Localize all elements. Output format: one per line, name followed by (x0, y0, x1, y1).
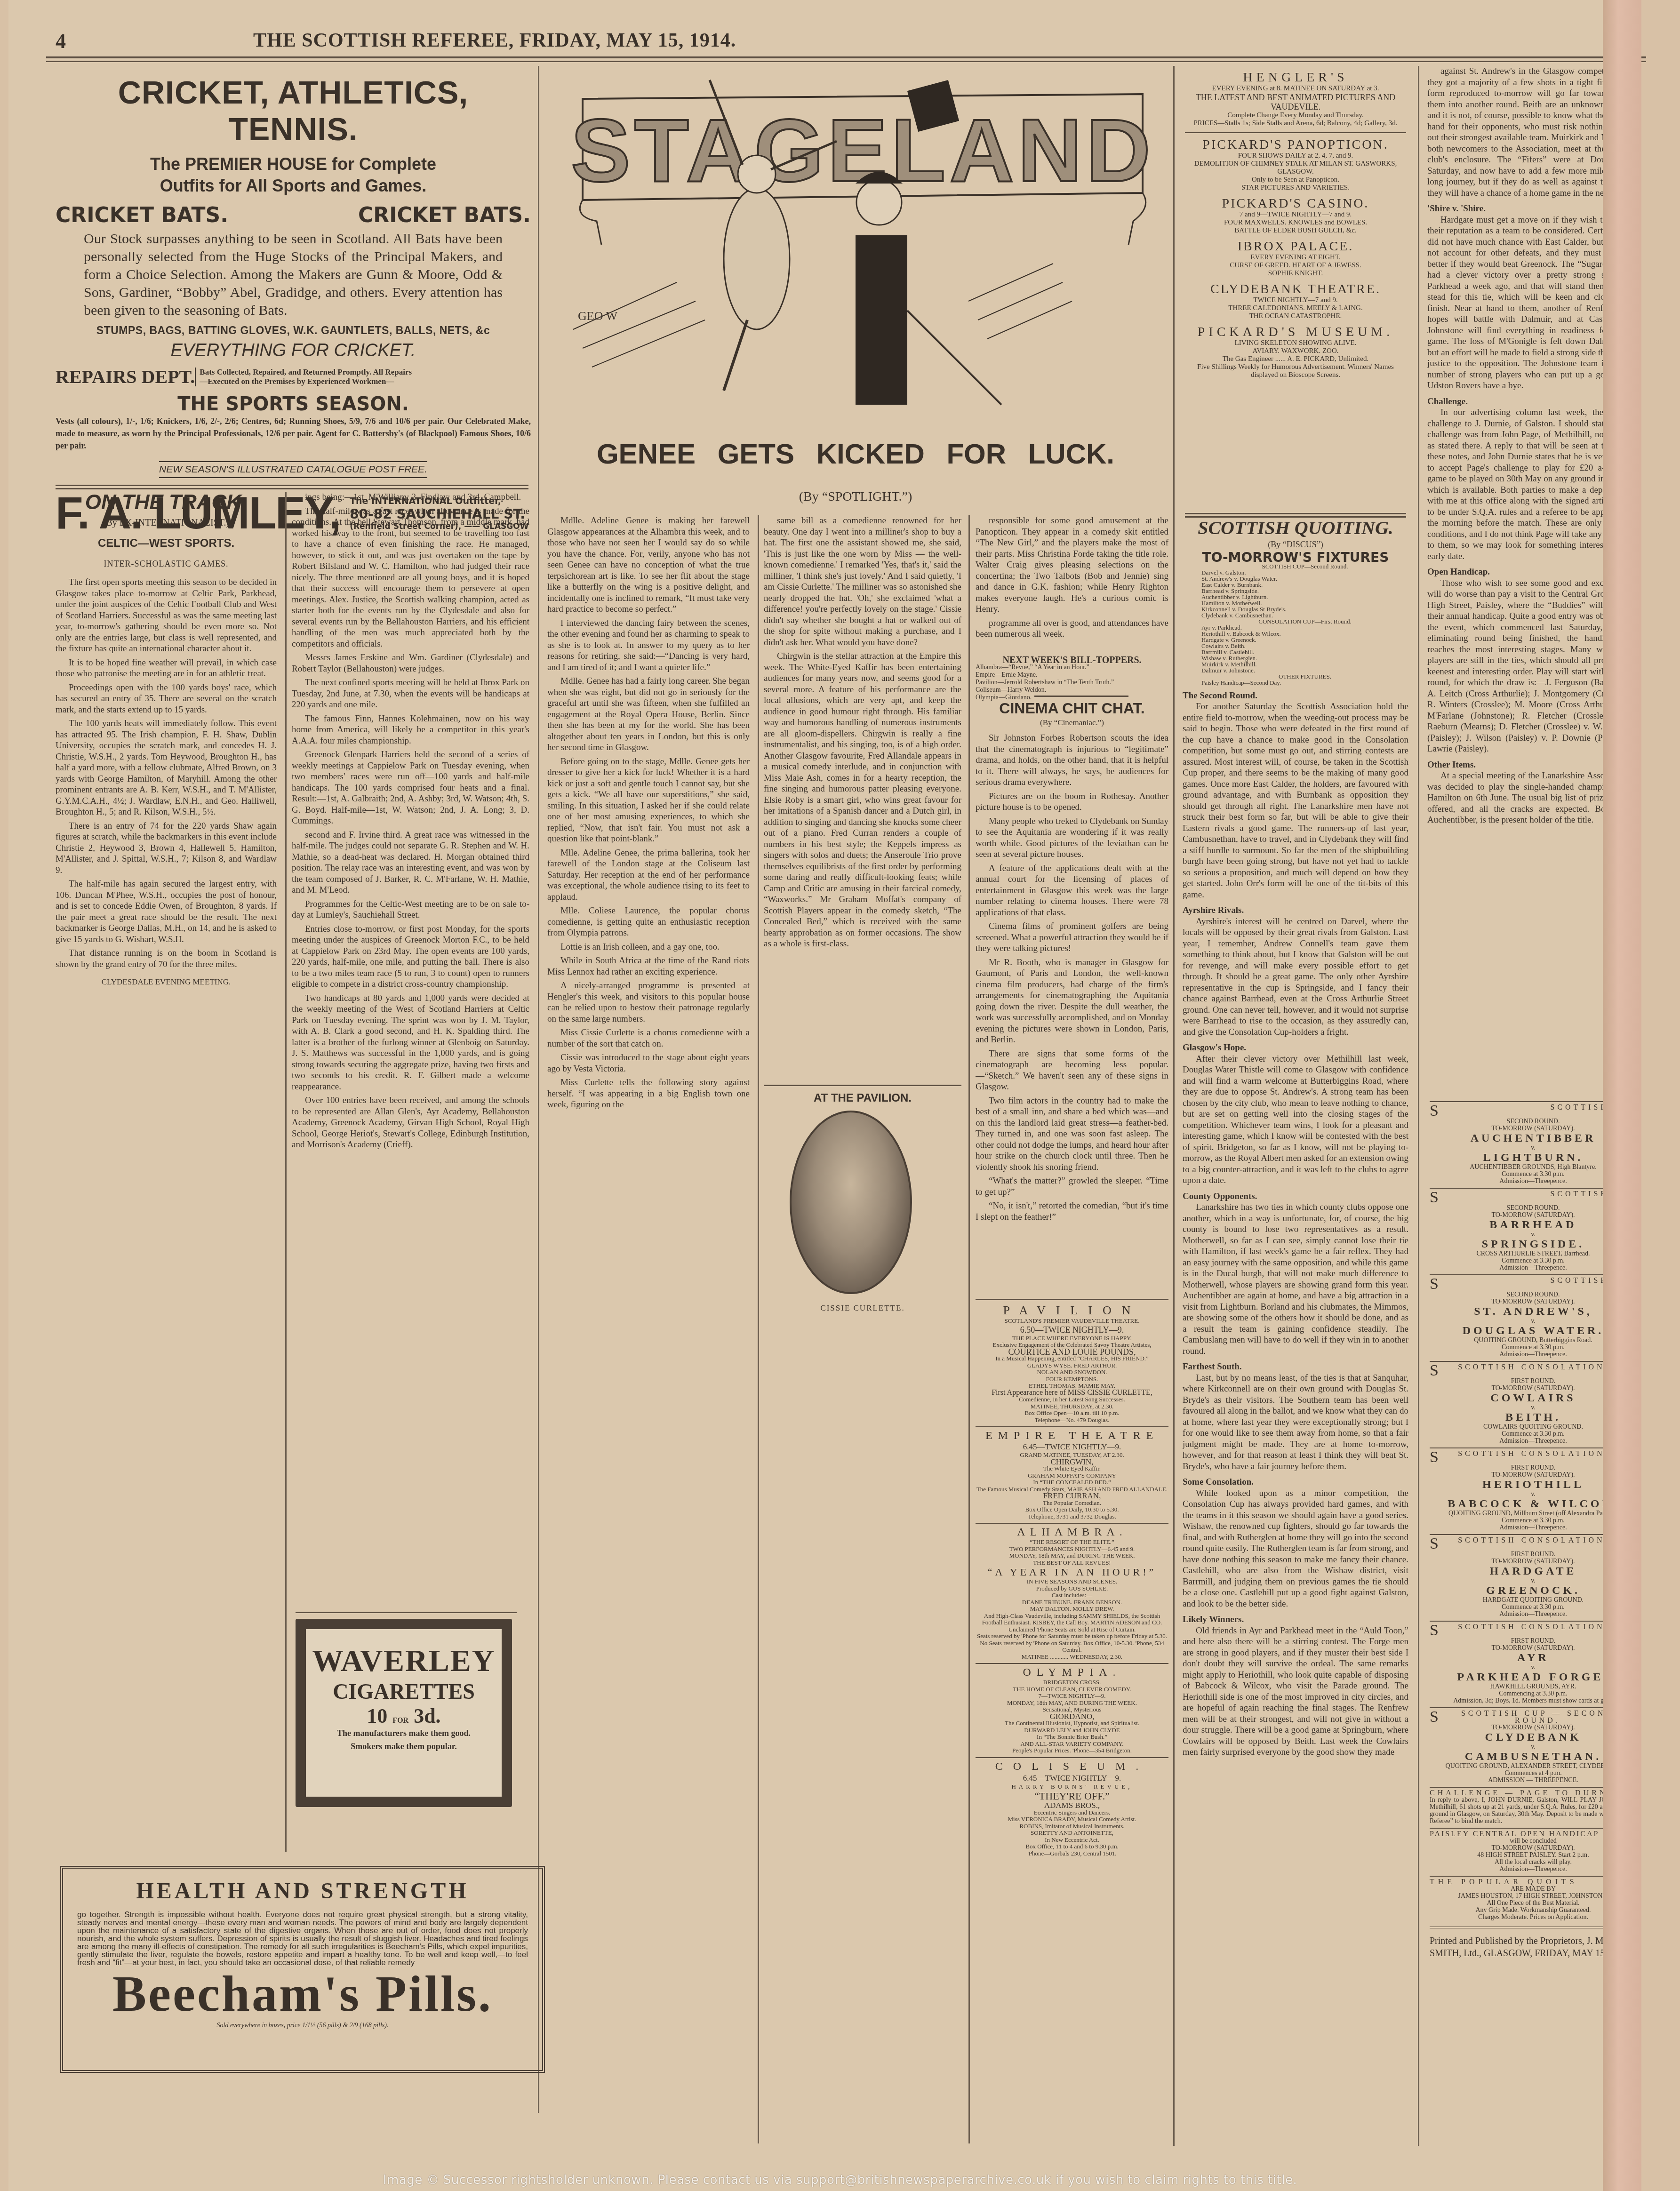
bill-toppers-heading: NEXT WEEK'S BILL-TOPPERS. (976, 656, 1168, 664)
ad-line: Telephone—No. 479 Douglas. (976, 1417, 1168, 1424)
section-rule (296, 1612, 517, 1613)
column-rule (1173, 66, 1175, 2146)
paragraph: Mdlle. Genee has had a fairly long caree… (547, 676, 750, 753)
ad-line: Produced by GUS SOHLKE. (976, 1585, 1168, 1592)
svg-text:GEO W: GEO W (578, 309, 617, 323)
ad-line: PRICES—Stalls 1s; Side Stalls and Arena,… (1185, 120, 1406, 128)
fixture: Heriothill v. Babcock & Wilcox. (1201, 631, 1408, 637)
paragraph: second and F. Irvine third. A great race… (292, 830, 529, 896)
fixture: Cowlairs v. Beith. (1201, 643, 1408, 649)
paragraph: Cissie was introduced to the stage about… (547, 1052, 750, 1074)
stageland-column-1: Mdlle. Adeline Genee is making her farew… (547, 515, 750, 2143)
paragraph: Lottie is an Irish colleen, and a gay on… (547, 942, 750, 953)
paragraph: Greenock Glenpark Harriers held the seco… (292, 749, 529, 827)
ad-line: FOUR KEMPTONS. (976, 1376, 1168, 1383)
paragraph: Last, but by no means least, of the ties… (1183, 1373, 1408, 1472)
paragraph: Mlle. Coliese Laurence, the popular chor… (547, 905, 750, 939)
ad-line: STAR PICTURES AND VARIETIES. (1185, 184, 1406, 192)
paragraph: Miss Curlette tells the following story … (547, 1077, 750, 1111)
ad-line: Miss VERONICA BRADY, Musical Comedy Arti… (976, 1816, 1168, 1823)
lower-theatre-ads: PAVILION SCOTLAND'S PREMIER VAUDEVILLE T… (976, 1303, 1168, 2151)
cinema-headline: CINEMA CHIT CHAT. (976, 703, 1168, 714)
ibrox-title: IBROX PALACE. (1185, 240, 1406, 254)
fixture: East Calder v. Burnbank. (1201, 582, 1408, 588)
ad-line: Comedienne, in her Latest Song Successes… (976, 1396, 1168, 1403)
paragraph: That distance running is on the boom in … (56, 948, 277, 970)
section-title: Likely Winners. (1183, 1614, 1408, 1625)
ad-line: BRIDGETON CROSS. (976, 1679, 1168, 1686)
pavilion-heading: AT THE PAVILION. (764, 1092, 961, 1105)
section-rule (764, 1085, 961, 1086)
quoiting-headline: SCOTTISH QUOITING. (1183, 522, 1408, 534)
ad-line: FOUR SHOWS DAILY at 2, 4, 7, and 9. (1185, 152, 1406, 160)
ad-line: GLADYS WYSE. FRED ARTHUR. (976, 1362, 1168, 1369)
ad-line: Box Office Open Daily, 10.30 to 5.30. (976, 1506, 1168, 1513)
ad-subhead: Outfits for All Sports and Games. (56, 175, 531, 197)
track-column-1: ON THE TRACK. (By EX-INTERNATIONALIST.) … (56, 494, 277, 1849)
equipment-line: STUMPS, BAGS, BATTING GLOVES, W.K. GAUNT… (56, 324, 531, 337)
bill-topper-item: Pavilion—Jerrold Robertshaw in “The Tent… (976, 679, 1168, 687)
section-title: Some Consolation. (1183, 1477, 1408, 1488)
ad-line: CURSE OF GREED. HEART OF A JEWESS. (1185, 262, 1406, 270)
paragraph: Many people who treked to Clydebank on S… (976, 816, 1168, 860)
ad-line: DURWARD LELY and JOHN CLYDE (976, 1727, 1168, 1734)
ad-headline: CRICKET, ATHLETICS, TENNIS. (56, 74, 531, 148)
paragraph: Programmes for the Celtic-West meeting a… (292, 899, 529, 921)
houston-header: THE POPULAR QUOITS (1430, 1879, 1578, 1886)
ad-line: IN FIVE SEASONS AND SCENES. (976, 1578, 1168, 1585)
ad-subhead: The PREMIER HOUSE for Complete (56, 153, 531, 175)
ad-line: 'Phone—Gorbals 230, Central 1501. (976, 1850, 1168, 1857)
paragraph: Ayrshire's interest will be centred on D… (1183, 916, 1408, 1038)
paragraph: The next confined sports meeting will be… (292, 677, 529, 711)
ad-line: THE OCEAN CATASTROPHE. (1185, 312, 1406, 320)
clydesdale-heading: CLYDESDALE EVENING MEETING. (56, 976, 277, 988)
waverley-brand: WAVERLEY (306, 1643, 502, 1679)
ad-line: 6.45—TWICE NIGHTLY—9. (976, 1442, 1168, 1452)
track-section: CELTIC—WEST SPORTS. (56, 538, 277, 549)
lumley-advertisement: CRICKET, ATHLETICS, TENNIS. The PREMIER … (56, 71, 531, 480)
ad-line: Telephone, 3731 and 3732 Douglas. (976, 1513, 1168, 1520)
genee-headline: GENEE GETS KICKED FOR LUCK. (554, 438, 1157, 470)
beecham-headline: HEALTH AND STRENGTH (77, 1878, 528, 1904)
paragraph: Messrs James Erskine and Wm. Gardiner (C… (292, 652, 529, 674)
paragraph: Miss Cissie Curlette is a chorus comedie… (547, 1027, 750, 1049)
ad-line: HARRY BURNS' REVUE, (976, 1783, 1168, 1791)
waverley-advertisement: WAVERLEY CIGARETTES 10 FOR 3d. The manuf… (296, 1619, 512, 1807)
sports-season-prices: Vests (all colours), 1/-, 1/6; Knickers,… (56, 415, 531, 452)
ad-line: MONDAY, 18th MAY, AND DURING THE WEEK. (976, 1700, 1168, 1707)
ad-line: DEMOLITION OF CHIMNEY STALK AT MILAN ST.… (1185, 160, 1406, 176)
paragraph: The first open sports meeting this seaso… (56, 577, 277, 655)
cinema-byline: (By “Cinemaniac.”) (976, 717, 1168, 728)
paragraph: ings being:—1st, M'William; 2, Findlay; … (292, 492, 529, 503)
archive-watermark: Image © Successor rightsholder unknown. … (0, 2173, 1680, 2187)
ad-line: SCOTLAND'S PREMIER VAUDEVILLE THEATRE. (976, 1318, 1168, 1325)
ad-line: In New Eccentric Act. (976, 1837, 1168, 1844)
newspaper-page: 4 THE SCOTTISH REFEREE, FRIDAY, MAY 15, … (8, 0, 1641, 2191)
ad-line: FRED CURRAN, (976, 1493, 1168, 1500)
track-subsection: INTER-SCHOLASTIC GAMES. (56, 559, 277, 570)
ad-line: DEANE TRIBUNE. FRANK BENSON. (976, 1599, 1168, 1606)
paragraph: same bill as a comedienne renowned for h… (764, 515, 961, 648)
catalogue-line: NEW SEASON'S ILLUSTRATED CATALOGUE POST … (159, 461, 427, 478)
fixture: Dalmuir v. Johnstone. (1201, 667, 1408, 673)
ad-line: ROBINS, Imitator of Musical Instruments. (976, 1823, 1168, 1830)
paragraph: “What's the matter?” growled the sleeper… (976, 1175, 1168, 1198)
paragraph: Entries close to-morrow, or first post M… (292, 924, 529, 990)
ad-line: MATINEE ............ WEDNESDAY, 2.30. (976, 1654, 1168, 1661)
fixture: Wishaw v. Rutherglen. (1201, 655, 1408, 661)
paragraph: Before going on to the stage, Mdlle. Gen… (547, 756, 750, 845)
section-rule (1034, 696, 1128, 697)
bill-topper-item: Empire—Ernie Mayne. (976, 672, 1168, 679)
price-qty: 10 (367, 1704, 387, 1727)
ad-line: THREE CALEDONIANS. MEELY & LAING. (1185, 304, 1406, 312)
pavilion-ad-title: PAVILION (976, 1303, 1168, 1318)
paragraph: While in South Africa at the time of the… (547, 955, 750, 977)
repairs-line-1: Bats Collected, Repaired, and Returned P… (200, 368, 412, 376)
bill-topper-item: Coliseum—Harry Weldon. (976, 687, 1168, 694)
ad-line: Unclaimed 'Phone Seats are Sold at Rise … (976, 1626, 1168, 1633)
ad-line: GIORDANO, (976, 1713, 1168, 1720)
ad-line: EVERY EVENING at 8. MATINEE ON SATURDAY … (1185, 85, 1406, 93)
stageland-cartoon: STAGELAND GEO W (554, 66, 1157, 424)
column-rule (1418, 66, 1419, 2146)
page-edge (1603, 0, 1641, 2191)
ad-line: Eccentric Singers and Dancers. (976, 1809, 1168, 1816)
bill-toppers: NEXT WEEK'S BILL-TOPPERS. Alhambra—“Revu… (976, 656, 1168, 708)
ad-line: COURTICE AND LOUIE POUNDS, (976, 1349, 1168, 1356)
casino-title: PICKARD'S CASINO. (1185, 197, 1406, 211)
svg-text:STAGELAND: STAGELAND (571, 101, 1154, 200)
paragraph: After their clever victory over Methilhi… (1183, 1054, 1408, 1186)
ad-line: AVIARY. WAXWORK. ZOO. (1185, 347, 1406, 355)
paragraph: “No, it isn't,” retorted the comedian, “… (976, 1200, 1168, 1223)
fixture: Darvel v. Galston. (1201, 569, 1408, 576)
stageland-illustration-icon: STAGELAND GEO W (554, 66, 1157, 424)
ad-line: FOUR MAXWELLS. KNOWLES and BOWLES. (1185, 219, 1406, 227)
hengler-title: HENGLER'S (1185, 71, 1406, 85)
ad-line: In a Musical Happening, entitled “CHARLE… (976, 1355, 1168, 1362)
empire-ad-title: EMPIRE THEATRE (976, 1426, 1168, 1442)
upper-theatre-ads: HENGLER'S EVERY EVENING at 8. MATINEE ON… (1185, 66, 1406, 379)
paragraph: The famous Finn, Hannes Kolehmainen, now… (292, 713, 529, 747)
paragraph: Chirgwin is the stellar attraction at th… (764, 651, 961, 950)
ad-line: GRAHAM MOFFAT'S COMPANY (976, 1472, 1168, 1479)
ad-line: Box Office, 11 to 4 and 6 to 9.30 p.m. (976, 1843, 1168, 1850)
column-rule (538, 66, 539, 2113)
quoiting-byline: (By “DISCUS”) (1183, 539, 1408, 551)
ad-line: The White Eyed Kaffir. (976, 1465, 1168, 1472)
ad-line: TWICE NIGHTLY—7 and 9. (1185, 296, 1406, 304)
olympia-ad-title: OLYMPIA. (976, 1663, 1168, 1679)
fixture: Muirkirk v. Methilhill. (1201, 661, 1408, 667)
section-title: Ayrshire Rivals. (1183, 905, 1408, 916)
ad-line: 6.45—TWICE NIGHTLY—9. (976, 1773, 1168, 1783)
alhambra-ad-title: ALHAMBRA. (976, 1523, 1168, 1539)
paragraph: responsible for some good amusement at t… (976, 515, 1168, 615)
track-column-2: ings being:—1st, M'William; 2, Findlay; … (292, 492, 529, 1593)
ad-line: The Gas Engineer ...... A. E. PICKARD, U… (1185, 355, 1406, 363)
ad-line: THE BEST OF ALL REVUES! (976, 1559, 1168, 1567)
paragraph: Two film actors in the country had to ma… (976, 1095, 1168, 1173)
other-heading: OTHER FIXTURES. (1201, 673, 1408, 680)
bats-left: CRICKET BATS. (56, 203, 228, 227)
ad-line: LIVING SKELETON SHOWING ALIVE. (1185, 339, 1406, 347)
stageland-column-3: responsible for some good amusement at t… (976, 515, 1168, 656)
paragraph: Mlle. Adeline Genee, the prima ballerina… (547, 848, 750, 903)
coliseum-ad-title: COLISEUM. (976, 1757, 1168, 1773)
column-rule (968, 515, 970, 2143)
paragraph: Old friends in Ayr and Parkhead meet in … (1183, 1625, 1408, 1758)
waverley-slogan-1: The manufacturers make them good. (306, 1728, 502, 1738)
fixtures-list: SCOTTISH CUP—Second Round. Darvel v. Gal… (1183, 563, 1408, 686)
ad-line: MAY DALTON. MOLLY DREW. (976, 1606, 1168, 1613)
ad-line: In “THE CONCEALED BED.” (976, 1479, 1168, 1486)
museum-title: PICKARD'S MUSEUM. (1185, 325, 1406, 339)
ad-line: EVERY EVENING AT EIGHT. (1185, 254, 1406, 262)
paragraph: It is to be hoped fine weather will prev… (56, 657, 277, 680)
fixture: Auchentibber v. Lightburn. (1201, 594, 1408, 600)
fixture: Hamilton v. Motherwell. (1201, 600, 1408, 606)
section-rule (56, 485, 528, 489)
paragraph: Over 100 entries have been received, and… (292, 1095, 529, 1151)
everything-for-cricket: EVERYTHING FOR CRICKET. (56, 341, 531, 361)
price-value: 3d. (414, 1704, 440, 1727)
paragraph: There is an entry of 74 for the 220 yard… (56, 821, 277, 876)
section-rule (976, 1299, 1168, 1300)
ad-line: THE PLACE WHERE EVERYONE IS HAPPY. (976, 1335, 1168, 1342)
track-byline: (By EX-INTERNATIONALIST.) (56, 518, 277, 529)
ad-line: 6.50—TWICE NIGHTLY—9. (976, 1325, 1168, 1335)
fixture: Kirkconnell v. Douglas St Bryde's. (1201, 606, 1408, 612)
paragraph: Pictures are on the boom in Rothesay. An… (976, 791, 1168, 813)
waverley-price: 10 FOR 3d. (306, 1704, 502, 1728)
cinema-column: CINEMA CHIT CHAT. (By “Cinemaniac.”) Sir… (976, 701, 1168, 1294)
fixture: Clydebank v. Cambusnethan. (1201, 612, 1408, 618)
fixture: St. Andrew's v. Douglas Water. (1201, 576, 1408, 582)
beecham-brand: Beecham's Pills. (77, 1967, 528, 2022)
track-headline: ON THE TRACK. (56, 497, 277, 508)
ad-line: Five Shillings Weekly for Humorous Adver… (1185, 363, 1406, 379)
challenge-header: CHALLENGE — PAGE TO DURNIE. (1430, 1790, 1625, 1797)
fixture: Hardgate v. Greenock. (1201, 637, 1408, 643)
quoiting-column-1: SCOTTISH QUOITING. (By “DISCUS”) TO-MORR… (1183, 522, 1408, 2141)
ad-line: Only to be Seen at Panopticon. (1185, 176, 1406, 184)
ad-line: 7—TWICE NIGHTLY—9. (976, 1693, 1168, 1700)
column-rule (285, 492, 287, 1852)
bats-heading: CRICKET BATS. CRICKET BATS. (56, 203, 531, 227)
ad-line: Cast includes:— (976, 1592, 1168, 1599)
section-title: County Opponents. (1183, 1191, 1408, 1202)
fixture: Paisley Handicap—Second Day. (1201, 680, 1408, 686)
fixture: Barrmill v. Castlehill. (1201, 649, 1408, 655)
paragraph: A feature of the applications dealt with… (976, 863, 1168, 919)
ad-line: MATINEE, THURSDAY, at 2.30. (976, 1403, 1168, 1410)
ad-line: THE HOME OF CLEAN, CLEVER COMEDY. (976, 1686, 1168, 1693)
paragraph: Sir Johnston Forbes Robertson scouts the… (976, 733, 1168, 788)
bats-right: CRICKET BATS. (358, 203, 531, 227)
ad-line: 7 and 9—TWICE NIGHTLY—7 and 9. (1185, 211, 1406, 219)
repairs-dept: REPAIRS DEPT. Bats Collected, Repaired, … (56, 366, 531, 388)
ad-line: MONDAY, 18th MAY, and DURING THE WEEK. (976, 1552, 1168, 1559)
waverley-product: CIGARETTES (306, 1679, 502, 1704)
beecham-sold-line: Sold everywhere in boxes, price 1/1½ (56… (77, 2022, 528, 2030)
panopticon-title: PICKARD'S PANOPTICON. (1185, 138, 1406, 152)
ad-line: ADAMS BROS., (976, 1802, 1168, 1809)
ad-line: Complete Change Every Monday and Thursda… (1185, 112, 1406, 120)
genee-byline: (By “SPOTLIGHT.”) (554, 489, 1157, 504)
paragraph: The half-mile was a fast race, when allo… (292, 506, 529, 650)
ad-line: CHIRGWIN, (976, 1459, 1168, 1466)
ad-line: BATTLE OF ELDER BUSH GULCH, &c. (1185, 227, 1406, 235)
waverley-slogan-2: Smokers make them popular. (306, 1741, 502, 1751)
section-rule (1185, 513, 1406, 518)
paragraph: For another Saturday the Scottish Associ… (1183, 701, 1408, 900)
clydebank-theatre-title: CLYDEBANK THEATRE. (1185, 282, 1406, 296)
paragraph: Mdlle. Adeline Genee is making her farew… (547, 515, 750, 615)
price-for: FOR (392, 1717, 408, 1725)
beecham-body: go together. Strength is impossible with… (77, 1911, 528, 1967)
ad-line: People's Popular Prices. 'Phone—354 Brid… (976, 1747, 1168, 1754)
ad-line: NOLAN AND SNOWDON. (976, 1369, 1168, 1376)
fixtures-heading: TO-MORROW'S FIXTURES (1183, 552, 1408, 563)
paragraph: There are signs that some forms of the c… (976, 1048, 1168, 1093)
ad-line: “A YEAR IN AN HOUR!” (976, 1566, 1168, 1578)
repairs-text: Bats Collected, Repaired, and Returned P… (195, 368, 412, 386)
page-number: 4 (56, 29, 66, 53)
paragraph: Cinema films of prominent golfers are be… (976, 921, 1168, 954)
stageland-column-2: same bill as a comedienne renowned for h… (764, 515, 961, 1080)
paragraph: programme all over is good, and attendan… (976, 618, 1168, 640)
masthead-title: THE SCOTTISH REFEREE, FRIDAY, MAY 15, 19… (253, 29, 736, 52)
bats-body: Our Stock surpasses anything to be seen … (56, 227, 531, 322)
paragraph: Lanarkshire has two ties in which county… (1183, 1202, 1408, 1357)
consolation-heading: CONSOLATION CUP—First Round. (1201, 618, 1408, 624)
paragraph: Two handicaps at 80 yards and 1,000 yard… (292, 993, 529, 1093)
cissie-curlette-photo (790, 1111, 912, 1294)
ad-line: The Popular Comedian. (976, 1500, 1168, 1507)
repairs-label: REPAIRS DEPT. (56, 366, 195, 388)
ad-line: THE LATEST AND BEST ANIMATED PICTURES AN… (1185, 93, 1406, 112)
ad-line: Box Office Open—10 a.m. till 10 p.m. (976, 1410, 1168, 1417)
paragraph: Proceedings open with the 100 yards boys… (56, 682, 277, 716)
paragraph: The half-mile has again secured the larg… (56, 879, 277, 945)
section-title: Farthest South. (1183, 1361, 1408, 1373)
ad-line: Seats reserved by 'Phone for Saturday mu… (976, 1633, 1168, 1654)
ad-line: In “The Bonnie Brier Bush.” (976, 1734, 1168, 1741)
paragraph: Mr R. Booth, who is manager in Glasgow f… (976, 957, 1168, 1046)
sports-season-heading: THE SPORTS SEASON. (56, 393, 531, 415)
ad-line: First Appearance here of MISS CISSIE CUR… (976, 1390, 1168, 1397)
ad-line: SORETTY AND ANTOINETTE, (976, 1830, 1168, 1837)
ad-line: AND ALL-STAR VARIETY COMPANY. (976, 1741, 1168, 1748)
ad-line: TWO PERFORMANCES NIGHTLY—6.45 and 9. (976, 1546, 1168, 1553)
fixture: Ayr v. Parkhead. (1201, 624, 1408, 631)
ad-line: And High-Class Vaudeville, including SAM… (976, 1613, 1168, 1626)
photo-caption: CISSIE CURLETTE. (764, 1303, 961, 1313)
ad-line: “THE RESORT OF THE ELITE.” (976, 1539, 1168, 1546)
ad-line: SOPHIE KNIGHT. (1185, 270, 1406, 278)
ad-line: The Continental Illusionist, Hypnotist, … (976, 1720, 1168, 1727)
fixture: Barrhead v. Springside. (1201, 588, 1408, 594)
paragraph: The 100 yards heats will immediately fol… (56, 718, 277, 818)
paragraph: While looked upon as a minor competition… (1183, 1488, 1408, 1610)
paragraph: A nicely-arranged programme is presented… (547, 980, 750, 1024)
paragraph: I interviewed the dancing fairy between … (547, 618, 750, 673)
masthead-rule (46, 56, 1646, 62)
beecham-advertisement: HEALTH AND STRENGTH go together. Strengt… (60, 1866, 545, 2073)
column-rule (758, 515, 759, 2143)
repairs-line-2: —Executed on the Premises by Experienced… (200, 377, 394, 386)
section-title: The Second Round. (1183, 690, 1408, 702)
paisley-header: PAISLEY CENTRAL OPEN HANDICAP (1430, 1831, 1599, 1838)
section-title: Glasgow's Hope. (1183, 1042, 1408, 1054)
